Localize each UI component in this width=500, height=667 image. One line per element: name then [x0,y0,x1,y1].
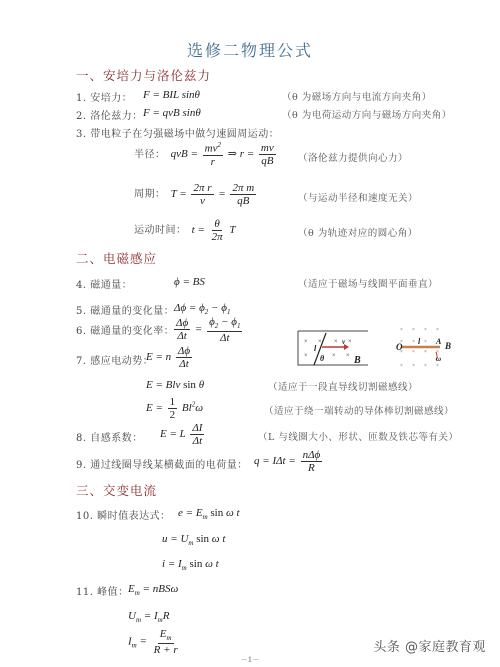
svg-text:×: × [412,363,415,369]
item-label: 3. 带电粒子在匀强磁场中做匀速圆周运动： [76,129,279,140]
svg-text:l: l [418,337,421,346]
formula-note: （θ 为轨迹对应的圆心角） [298,225,418,239]
svg-text:A: A [435,337,442,346]
formula-note: （L 与线圈大小、形状、匝数及铁芯等有关） [258,429,458,443]
formula-note: （θ 为磁场方向与电流方向夹角） [282,89,432,103]
formula-self-inductance: 8. 自感系数： E = L ΔIΔt [76,429,143,444]
formula-voltage-instant: u = Um sin ω t [162,533,225,547]
formula-peak: 11. 峰值： Em = nBSω [76,583,129,598]
svg-text:×: × [348,339,352,345]
svg-text:×: × [412,349,415,355]
svg-text:×: × [346,353,350,359]
svg-text:×: × [424,349,427,355]
svg-text:l: l [314,344,317,353]
formula-current-instant: i = Im sin ω t [162,558,219,572]
svg-text:×: × [304,339,308,345]
watermark: 头条 @家庭教育观 [373,636,486,655]
svg-text:B: B [353,355,361,366]
item-circular-motion: 3. 带电粒子在匀强磁场中做匀速圆周运动： [76,125,279,140]
item-label: 2. 洛伦兹力： [76,111,143,122]
formula-note: （适应于磁场与线圈平面垂直） [298,276,438,290]
svg-text:×: × [334,339,338,345]
formula-magnetic-flux: 4. 磁通量： ϕ = BS [76,276,132,291]
svg-text:×: × [332,353,336,359]
svg-text:×: × [424,327,427,333]
formula-time: 运动时间： t = θ2π T [134,218,235,243]
page-number: －1－ [0,655,500,665]
svg-text:×: × [424,363,427,369]
section-heading-ac: 三、交变电流 [76,481,157,499]
formula-note: （θ 为电荷运动方向与磁场方向夹角） [282,107,452,121]
svg-text:×: × [400,363,403,369]
formula-flux-change: 5. 磁通量的变化量： Δϕ = ϕ2 − ϕ1 [76,302,174,317]
formula-flux-rate: 6. 磁通量的变化率： ΔϕΔt = ϕ2 − ϕ1Δt [76,322,174,337]
svg-text:×: × [400,327,403,333]
svg-text:ω: ω [436,355,441,363]
formula-period: 周期： T = 2π rv = 2π mqB [134,182,258,207]
formula-peak-voltage: Um = ImR [128,610,169,624]
svg-text:×: × [412,327,415,333]
svg-text:v: v [342,338,346,346]
formula: F = BIL sinθ [143,89,200,101]
svg-text:×: × [304,353,308,359]
diagram-rotating-rod: ×××× ××× ×××× ×××× O l A B ω [396,325,456,375]
formula-emf-blv: E = Blv sin θ [146,379,204,391]
svg-text:×: × [436,363,439,369]
section-heading-induction: 二、电磁感应 [76,249,157,267]
formula-emf-rotation: E = 12 Bl2ω [146,396,203,421]
formula-note: （洛伦兹力提供向心力） [298,150,408,164]
svg-text:B: B [444,341,451,351]
svg-text:O: O [396,342,403,352]
formula-peak-current: Im = EmR + r [128,628,182,656]
svg-text:×: × [412,339,415,345]
formula-radius: 半径： qvB = mv2r ⇒ r = mvqB [134,142,278,168]
formula-note: （与运动半径和速度无关） [298,190,418,204]
formula: F = qvB sinθ [143,107,201,119]
svg-text:×: × [436,327,439,333]
formula-instantaneous: 10. 瞬时值表达式： e = Em sin ω t [76,507,171,522]
item-label: 1. 安培力： [76,93,132,104]
formula-ampere-force: 1. 安培力： F = BIL sinθ [76,89,132,104]
svg-text:×: × [424,339,427,345]
formula-note: （适应于一段直导线切割磁感线） [268,379,418,393]
formula-charge: 9. 通过线圈导线某横截面的电荷量： q = IΔt = nΔϕR [76,456,248,471]
document-title: 选修二物理公式 [0,38,500,61]
formula-lorentz-force: 2. 洛伦兹力： F = qvB sinθ [76,107,143,122]
section-heading-lorentz: 一、安培力与洛伦兹力 [76,66,211,84]
diagram-slanted-rod: ×××× ××× l θ v B [296,327,368,367]
svg-text:θ: θ [320,354,325,363]
formula-emf: 7. 感应电动势： E = n ΔϕΔt [76,352,153,367]
formula-note: （适应于绕一端转动的导体棒切割磁感线） [264,403,454,417]
